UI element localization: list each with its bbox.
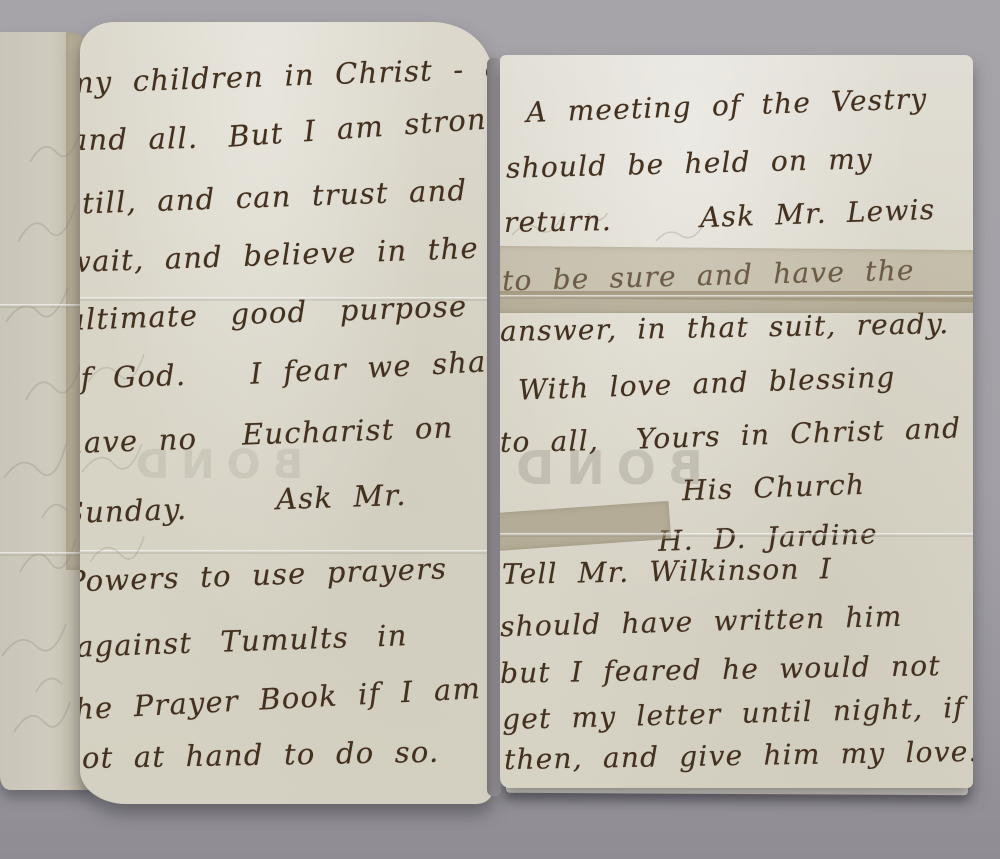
handwritten-line: have no <box>80 422 198 461</box>
handwritten-line: Ask Mr. <box>275 478 407 517</box>
letter-page-left: BOND my children in Christ - one and all… <box>80 22 492 804</box>
handwritten-line: then, and give him my love. <box>504 735 973 776</box>
handwritten-line: still, and can trust and <box>80 173 468 221</box>
tape-strip <box>500 501 671 551</box>
handwritten-line: my children in Christ - one <box>80 50 492 101</box>
handwritten-line: Tell Mr. Wilkinson I <box>502 552 833 591</box>
handwritten-line: Sunday. <box>80 492 188 530</box>
handwritten-line: Eucharist on <box>241 410 454 451</box>
handwritten-line: the Prayer Book if I am <box>80 671 482 727</box>
photo-handwritten-letter-spread: BOND my children in Christ - one and all… <box>0 0 1000 859</box>
handwritten-line: With love and blessing <box>518 360 897 406</box>
underlying-page-edge <box>0 32 92 790</box>
handwritten-line: answer, in that suit, ready. <box>500 307 950 348</box>
handwritten-line: But I am strong <box>227 100 492 153</box>
handwritten-line: against Tumults in <box>80 618 408 664</box>
handwritten-line: A meeting of the Vestry <box>526 82 928 129</box>
handwritten-line: return. <box>504 204 613 239</box>
handwritten-line: to all, <box>500 424 599 459</box>
handwritten-line: Ask Mr. Lewis <box>699 193 935 234</box>
handwritten-line: Yours in Christ and <box>636 411 962 455</box>
handwritten-line: and all. <box>80 121 199 157</box>
handwritten-line: wait, and believe in the <box>80 231 479 279</box>
handwritten-line: should have written him <box>500 600 903 644</box>
fold-crease <box>0 552 92 556</box>
letter-page-right: BOND A meeting of the Vestry should be h… <box>500 55 973 788</box>
handwritten-line: I fear we shall <box>249 343 492 390</box>
handwritten-line: should be held on my <box>506 142 874 185</box>
handwritten-line: get my letter until night, if <box>502 691 966 736</box>
fold-crease <box>500 533 973 537</box>
fold-crease <box>500 295 973 299</box>
handwritten-line: of God. <box>80 358 187 396</box>
handwritten-line: but I feared he would not <box>500 649 941 690</box>
page-gap <box>487 58 501 796</box>
handwritten-signature: H. D. Jardine <box>657 517 878 558</box>
fold-crease <box>0 304 92 308</box>
handwritten-line: His Church <box>681 468 865 507</box>
handwritten-line: not at hand to do so. <box>80 735 440 776</box>
